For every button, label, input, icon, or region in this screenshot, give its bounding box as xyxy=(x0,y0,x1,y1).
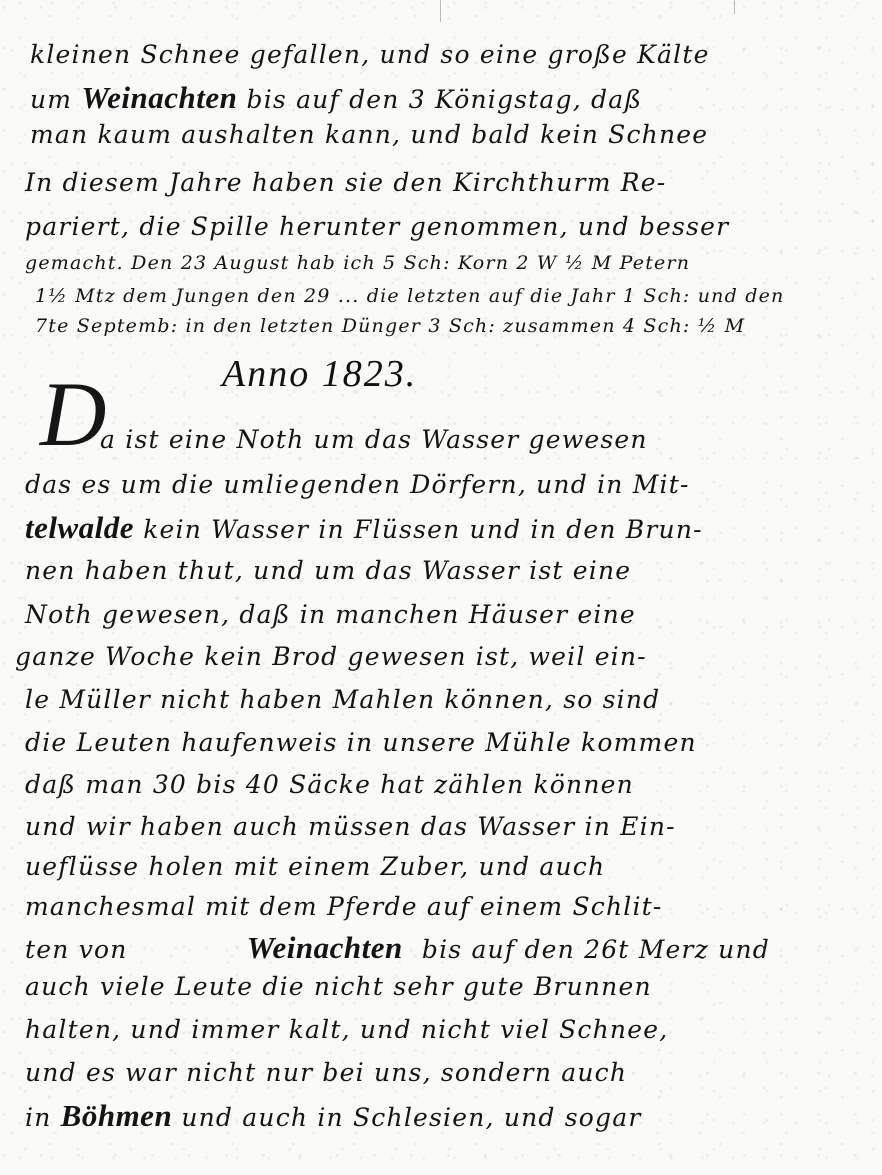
line-text: gemacht. Den 23 August hab ich 5 Sch: Ko… xyxy=(25,252,690,274)
text-line: Noth gewesen, daß in manchen Häuser eine xyxy=(25,600,636,629)
text-line: a ist eine Noth um das Wasser gewesen xyxy=(100,425,648,454)
line-text: halten, und immer kalt, und nicht viel S… xyxy=(25,1015,668,1044)
year-heading: Anno 1823. xyxy=(222,352,417,396)
emphasized-word: Weinachten xyxy=(81,80,237,115)
line-text: ueflüsse holen mit einem Zuber, und auch xyxy=(25,852,605,881)
line-text: ganze Woche kein Brod gewesen ist, weil … xyxy=(15,642,647,671)
line-text: und wir haben auch müssen das Wasser in … xyxy=(25,812,676,841)
text-line: ganze Woche kein Brod gewesen ist, weil … xyxy=(15,642,647,671)
line-text: ten von xyxy=(25,935,137,964)
line-text: Noth gewesen, daß in manchen Häuser eine xyxy=(25,600,636,629)
line-text: 7te Septemb: in den letzten Dünger 3 Sch… xyxy=(35,315,745,337)
line-text: kleinen Schnee gefallen, und so eine gro… xyxy=(30,40,710,69)
decorative-initial: D xyxy=(40,368,106,460)
line-text: und es war nicht nur bei uns, sondern au… xyxy=(25,1058,627,1087)
text-line: daß man 30 bis 40 Säcke hat zählen könne… xyxy=(25,770,634,799)
line-text: In diesem Jahre haben sie den Kirchthurm… xyxy=(25,168,666,197)
text-line-accounting: gemacht. Den 23 August hab ich 5 Sch: Ko… xyxy=(25,252,690,274)
line-text: kein Wasser in Flüssen und in den Brun- xyxy=(134,515,703,544)
line-text: daß man 30 bis 40 Säcke hat zählen könne… xyxy=(25,770,634,799)
line-text: das es um die umliegenden Dörfern, und i… xyxy=(25,470,690,499)
emphasized-word: telwalde xyxy=(25,510,134,545)
emphasized-word: Weinachten xyxy=(247,930,403,965)
line-text: a ist eine Noth um das Wasser gewesen xyxy=(100,425,648,454)
line-text: bis auf den 3 Königstag, daß xyxy=(237,85,642,114)
text-line: man kaum aushalten kann, und bald kein S… xyxy=(30,120,708,149)
line-text: 1½ Mtz dem Jungen den 29 ... die letzten… xyxy=(35,285,784,307)
line-text: nen haben thut, und um das Wasser ist ei… xyxy=(25,556,631,585)
text-line: die Leuten haufenweis in unsere Mühle ko… xyxy=(25,728,697,757)
line-text: bis auf den 26t Merz und xyxy=(413,935,770,964)
text-line: le Müller nicht haben Mahlen können, so … xyxy=(25,685,660,714)
text-line: In diesem Jahre haben sie den Kirchthurm… xyxy=(25,168,666,197)
text-line: kleinen Schnee gefallen, und so eine gro… xyxy=(30,40,710,69)
manuscript-page: kleinen Schnee gefallen, und so eine gro… xyxy=(0,0,882,1175)
line-text: auch viele Leute die nicht sehr gute Bru… xyxy=(25,972,652,1001)
line-text: pariert, die Spille herunter genommen, u… xyxy=(25,212,729,241)
line-text: le Müller nicht haben Mahlen können, so … xyxy=(25,685,660,714)
text-line: in Böhmen und auch in Schlesien, und sog… xyxy=(25,1098,642,1134)
emphasized-word: Böhmen xyxy=(61,1098,173,1133)
text-line: telwalde kein Wasser in Flüssen und in d… xyxy=(25,510,703,546)
text-line: auch viele Leute die nicht sehr gute Bru… xyxy=(25,972,652,1001)
text-line: um Weinachten bis auf den 3 Königstag, d… xyxy=(30,80,642,116)
line-text: um xyxy=(30,85,81,114)
line-text: in xyxy=(25,1103,61,1132)
line-text: und auch in Schlesien, und sogar xyxy=(172,1103,641,1132)
text-line: halten, und immer kalt, und nicht viel S… xyxy=(25,1015,668,1044)
text-line: nen haben thut, und um das Wasser ist ei… xyxy=(25,556,631,585)
text-line: das es um die umliegenden Dörfern, und i… xyxy=(25,470,690,499)
line-text: manchesmal mit dem Pferde auf einem Schl… xyxy=(25,892,663,921)
text-line: ten von Weinachten bis auf den 26t Merz … xyxy=(25,930,770,966)
text-line: und wir haben auch müssen das Wasser in … xyxy=(25,812,676,841)
text-line: pariert, die Spille herunter genommen, u… xyxy=(25,212,729,241)
line-text: die Leuten haufenweis in unsere Mühle ko… xyxy=(25,728,697,757)
text-line-accounting: 1½ Mtz dem Jungen den 29 ... die letzten… xyxy=(35,285,784,307)
text-line: ueflüsse holen mit einem Zuber, und auch xyxy=(25,852,605,881)
text-line-accounting: 7te Septemb: in den letzten Dünger 3 Sch… xyxy=(35,315,745,337)
text-line: manchesmal mit dem Pferde auf einem Schl… xyxy=(25,892,663,921)
line-text: man kaum aushalten kann, und bald kein S… xyxy=(30,120,708,149)
text-line: und es war nicht nur bei uns, sondern au… xyxy=(25,1058,627,1087)
